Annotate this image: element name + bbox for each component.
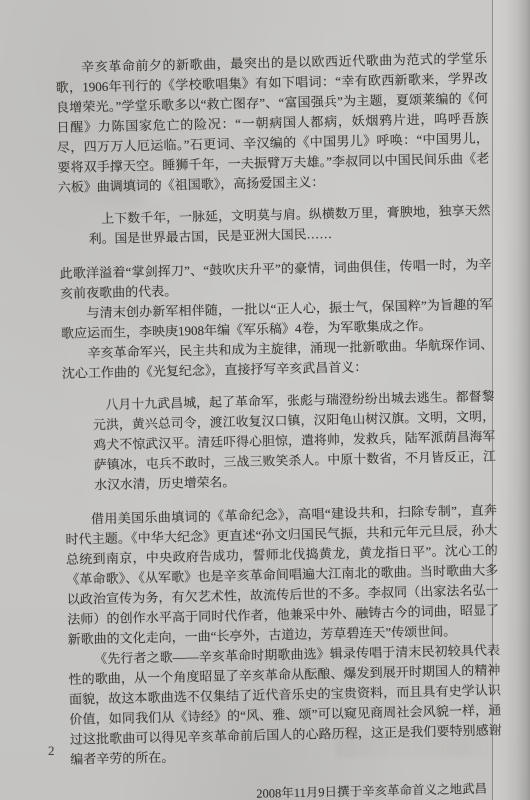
right-page-edge	[492, 0, 530, 800]
paragraph-opening: 辛亥革命前夕的新歌曲，最突出的是以欧西近代歌曲为范式的学堂乐歌，1906年刊行的…	[55, 49, 490, 198]
paragraph-new-songs: 辛亥革命军兴，民主共和成为主旋律，涌现一批新歌曲。华航琛作词、沈心工作曲的《光复…	[61, 335, 494, 384]
page-number: 2	[48, 743, 55, 759]
dateline: 2008年11月9日撰于辛亥革命首义之地武昌	[71, 779, 487, 800]
paragraph-anthology: 《先行者之歌——辛亥革命时期歌曲选》辑录传唱于清末民初较具代表性的歌曲，从一个角…	[68, 640, 503, 769]
quote-zuguo-ge: 上下数千年，一脉延，文明莫与肩。纵横数万里，膏腴地，独享天然利。国是世界最古国，…	[88, 201, 491, 250]
book-page: 辛亥革命前夕的新歌曲，最突出的是以欧西近代歌曲为范式的学堂乐歌，1906年刊行的…	[0, 0, 530, 800]
page-text-column: 辛亥革命前夕的新歌曲，最突出的是以欧西近代歌曲为范式的学堂乐歌，1906年刊行的…	[55, 49, 503, 800]
quote-guangfu-jinian: 八月十九武昌城，起了革命军，张彪与瑞澄纷纷出城去逃生。都督黎元洪，黄兴总司令，渡…	[92, 386, 496, 495]
paragraph-song-review: 借用美国乐曲填词的《革命纪念》，高唱“建设共和，扫除专制”，直奔时代主题。《中华…	[65, 500, 500, 649]
